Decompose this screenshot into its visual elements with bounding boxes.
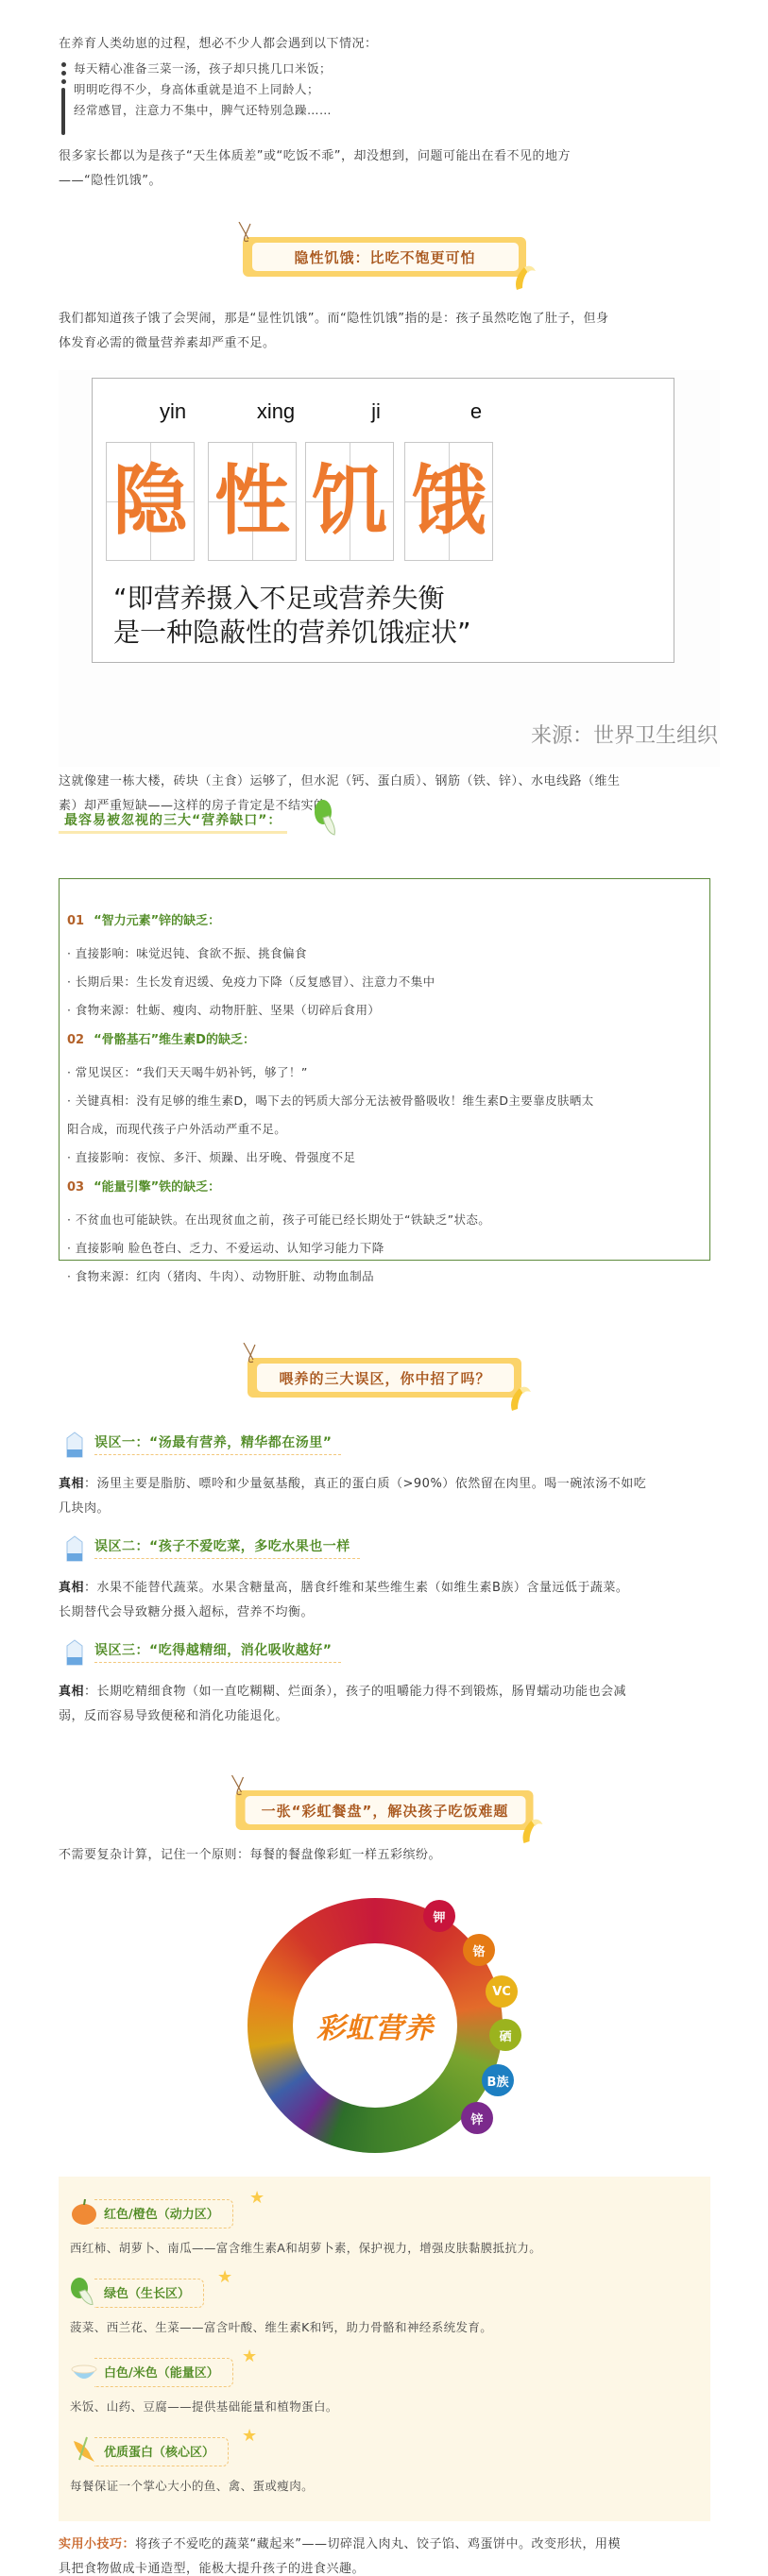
gap-title: 02“骨骼基石”维生素D的缺乏： — [67, 1026, 704, 1055]
pinyin-label: e — [432, 399, 521, 424]
star-icon: ★ — [217, 2267, 232, 2287]
pinyin-label: ji — [332, 399, 420, 424]
nutrition-gap-box: 01“智力元素”锌的缺乏： · 直接影响：味觉迟钝、食欲不振、挑食偏食 · 长期… — [59, 878, 710, 1261]
myth-item: 误区一：“汤最有营养，精华都在汤里” 真相：汤里主要是脂肪、嘌呤和少量氨基酸，真… — [59, 1431, 710, 1521]
gap-point: · 关键真相：没有足够的维生素D，喝下去的钙质大部分无法被骨骼吸收！维生素D主要… — [67, 1087, 704, 1115]
intro-lead: 在养育人类幼崽的过程，想必不少人都会遇到以下情况： — [59, 32, 710, 57]
myth-truth: 真相：长期吃精细食物（如一直吃糊糊、烂面条），孩子的咀嚼能力得不到锻炼，肠胃蠕动… — [59, 1680, 710, 1729]
zone-title: 白色/米色（能量区） — [94, 2358, 233, 2387]
star-icon: ★ — [242, 2347, 257, 2366]
paragraph-line: ——“隐性饥饿”。 — [59, 169, 710, 194]
bok-choy-icon — [314, 799, 338, 837]
situation-item: 每天精心准备三菜一汤，孩子却只挑几口米饭； — [74, 59, 710, 79]
myth-item: 误区三：“吃得越精细，消化吸收越好” 真相：长期吃精细食物（如一直吃糊糊、烂面条… — [59, 1638, 710, 1729]
myth-truth: 真相：水果不能替代蔬菜。水果含糖量高，膳食纤维和某些维生素（如维生素B族）含量远… — [59, 1576, 710, 1625]
banana-icon — [518, 1815, 544, 1845]
paragraph-line: 很多家长都以为是孩子“天生体质差”或“吃饭不乖”，却没想到，问题可能出在看不见的… — [59, 144, 710, 169]
zone-body: 每餐保证一个掌心大小的鱼、禽、蛋或瘦肉。 — [70, 2469, 699, 2503]
practical-tip: 实用小技巧：将孩子不爱吃的蔬菜“藏起来”——切碎混入肉丸、饺子馅、鸡蛋饼中。改变… — [59, 2533, 710, 2576]
character-cell: 饿 — [404, 442, 493, 561]
milk-carton-icon — [64, 1638, 85, 1667]
gap-title: 01“智力元素”锌的缺乏： — [67, 907, 704, 936]
nutrient-badge-selenium: 硒 — [489, 2019, 521, 2051]
situation-item: 经常感冒，注意力不集中，脾气还特别急躁…… — [74, 100, 710, 121]
string-icon — [242, 1343, 261, 1367]
character-cell: 饥 — [305, 442, 394, 561]
rainbow-intro: 不需要复杂计算，记住一个原则：每餐的餐盘像彩虹一样五彩缤纷。 — [59, 1843, 710, 1868]
nutrient-badge-potassium: 钾 — [423, 1900, 455, 1932]
nutrition-gap-heading: 最容易被忽视的三大“营养缺口”： — [59, 810, 287, 834]
banana-icon — [506, 1382, 533, 1413]
star-icon: ★ — [242, 2426, 257, 2446]
zone-body: 菠菜、西兰花、生菜——富含叶酸、维生素K和钙，助力骨骼和神经系统发育。 — [70, 2311, 699, 2345]
paragraph-line: 我们都知道孩子饿了会哭闹，那是“显性饥饿”。而“隐性饥饿”指的是：孩子虽然吃饱了… — [59, 307, 710, 331]
gap-point: · 不贫血也可能缺铁。在出现贫血之前，孩子可能已经长期处于“铁缺乏”状态。 — [67, 1206, 704, 1234]
zone-title: 优质蛋白（核心区） — [94, 2437, 229, 2466]
milk-carton-icon — [64, 1534, 85, 1563]
color-zone: 红色/橙色（动力区） ★ 西红柿、胡萝卜、南瓜——富含维生素A和胡萝卜素，保护视… — [70, 2194, 699, 2265]
character-cell: 隐 — [106, 442, 195, 561]
nutrient-badge-vitamin-c: VC — [486, 1975, 518, 2008]
zone-body: 米饭、山药、豆腐——提供基础能量和植物蛋白。 — [70, 2390, 699, 2424]
gap-point: · 直接影响：味觉迟钝、食欲不振、挑食偏食 — [67, 940, 704, 968]
ring-center: 彩虹营养 — [293, 1943, 457, 2108]
gap-point: · 长期后果：生长发育迟缓、免疫力下降（反复感冒）、注意力不集中 — [67, 968, 704, 996]
source-label: 来源：世界卫生组织 — [531, 720, 718, 749]
gap-point: · 食物来源：牡蛎、瘦肉、动物肝脏、坚果（切碎后食用） — [67, 996, 704, 1025]
myth-truth: 真相：汤里主要是脂肪、嘌呤和少量氨基酸，真正的蛋白质（>90%）依然留在肉里。喝… — [59, 1472, 710, 1521]
section-banner-feeding-myths: 喂养的三大误区，你中招了吗？ — [247, 1350, 521, 1398]
gap-point: · 直接影响：夜惊、多汗、烦躁、出牙晚、骨强度不足 — [67, 1144, 704, 1172]
banner-title: 一张“彩虹餐盘”，解决孩子吃饭难题 — [262, 1801, 509, 1821]
color-zone: 优质蛋白（核心区） ★ 每餐保证一个掌心大小的鱼、禽、蛋或瘦肉。 — [70, 2432, 699, 2503]
pinyin-label: xing — [231, 399, 320, 424]
gap-point: · 食物来源：红肉（猪肉、牛肉）、动物肝脏、动物血制品 — [67, 1263, 704, 1291]
paragraph-line: 这就像建一栋大楼，砖块（主食）运够了，但水泥（钙、蛋白质）、钢筋（铁、锌）、水电… — [59, 770, 710, 794]
nutrient-badge-zinc: 锌 — [461, 2102, 493, 2134]
character-grid-frame: yin xing ji e 隐 性 饥 饿 “即营养摄入不足或营养失衡 是一种隐… — [92, 378, 674, 663]
intro-section: 在养育人类幼崽的过程，想必不少人都会遇到以下情况： 每天精心准备三菜一汤，孩子却… — [59, 32, 710, 121]
paragraph-line: 具把食物做成卡通造型，能极大提升孩子的进食兴趣。 — [59, 2557, 710, 2576]
tip-label: 实用小技巧： — [59, 2537, 135, 2551]
nutrient-badge-vitamin-b: B族 — [482, 2064, 514, 2096]
string-icon — [230, 1775, 248, 1800]
intro-paragraph: 很多家长都以为是孩子“天生体质差”或“吃饭不乖”，却没想到，问题可能出在看不见的… — [59, 144, 710, 194]
gap-title: 03“能量引擎”铁的缺乏： — [67, 1174, 704, 1202]
color-zone: 绿色（生长区） ★ 菠菜、西兰花、生菜——富含叶酸、维生素K和钙，助力骨骼和神经… — [70, 2273, 699, 2345]
banner-title: 隐性饥饿：比吃不饱更可怕 — [294, 247, 475, 267]
color-zones-panel: 红色/橙色（动力区） ★ 西红柿、胡萝卜、南瓜——富含维生素A和胡萝卜素，保护视… — [59, 2177, 710, 2521]
rainbow-nutrition-graphic: 彩虹营养 钾 铬 VC 硒 B族 锌 — [247, 1898, 521, 2153]
section-banner-rainbow-plate: 一张“彩虹餐盘”，解决孩子吃饭难题 — [235, 1783, 533, 1830]
zone-title: 绿色（生长区） — [94, 2279, 204, 2308]
zone-title: 红色/橙色（动力区） — [94, 2199, 233, 2229]
myth-title: 误区二：“孩子不爱吃菜，多吃水果也一样 — [94, 1536, 360, 1559]
pinyin-label: yin — [128, 399, 217, 424]
star-icon: ★ — [249, 2188, 265, 2208]
paragraph-line: 体发育必需的微量营养素却严重不足。 — [59, 331, 710, 356]
who-quote: “即营养摄入不足或营养失衡 是一种隐蔽性的营养饥饿症状” — [113, 582, 471, 650]
nutrient-badge-chromium: 铬 — [463, 1934, 495, 1966]
string-icon — [237, 222, 256, 246]
gap-point: · 常见误区：“我们天天喝牛奶补钙，够了！” — [67, 1059, 704, 1087]
myth-title: 误区三：“吃得越精细，消化吸收越好” — [94, 1640, 341, 1663]
situation-item: 明明吃得不少，身高体重就是追不上同龄人； — [74, 79, 710, 100]
color-zone: 白色/米色（能量区） ★ 米饭、山药、豆腐——提供基础能量和植物蛋白。 — [70, 2352, 699, 2424]
hidden-hunger-image: yin xing ji e 隐 性 饥 饿 “即营养摄入不足或营养失衡 是一种隐… — [59, 370, 720, 767]
banana-icon — [511, 262, 538, 292]
hidden-hunger-definition: 我们都知道孩子饿了会哭闹，那是“显性饥饿”。而“隐性饥饿”指的是：孩子虽然吃饱了… — [59, 307, 710, 356]
character-cell: 性 — [208, 442, 297, 561]
gap-point: 阳合成，而现代孩子户外活动严重不足。 — [67, 1115, 704, 1144]
gap-point: · 直接影响 脸色苍白、乏力、不爱运动、认知学习能力下降 — [67, 1234, 704, 1263]
myth-title: 误区一：“汤最有营养，精华都在汤里” — [94, 1432, 341, 1455]
myth-item: 误区二：“孩子不爱吃菜，多吃水果也一样 真相：水果不能替代蔬菜。水果含糖量高，膳… — [59, 1534, 710, 1625]
banner-title: 喂养的三大误区，你中招了吗？ — [279, 1368, 490, 1388]
quote-bar-decoration — [61, 62, 66, 135]
zone-body: 西红柿、胡萝卜、南瓜——富含维生素A和胡萝卜素，保护视力，增强皮肤黏膜抵抗力。 — [70, 2231, 699, 2265]
situation-list: 每天精心准备三菜一汤，孩子却只挑几口米饭； 明明吃得不少，身高体重就是追不上同龄… — [59, 59, 710, 121]
section-banner-hidden-hunger: 隐性饥饿：比吃不饱更可怕 — [243, 229, 526, 277]
milk-carton-icon — [64, 1431, 85, 1459]
